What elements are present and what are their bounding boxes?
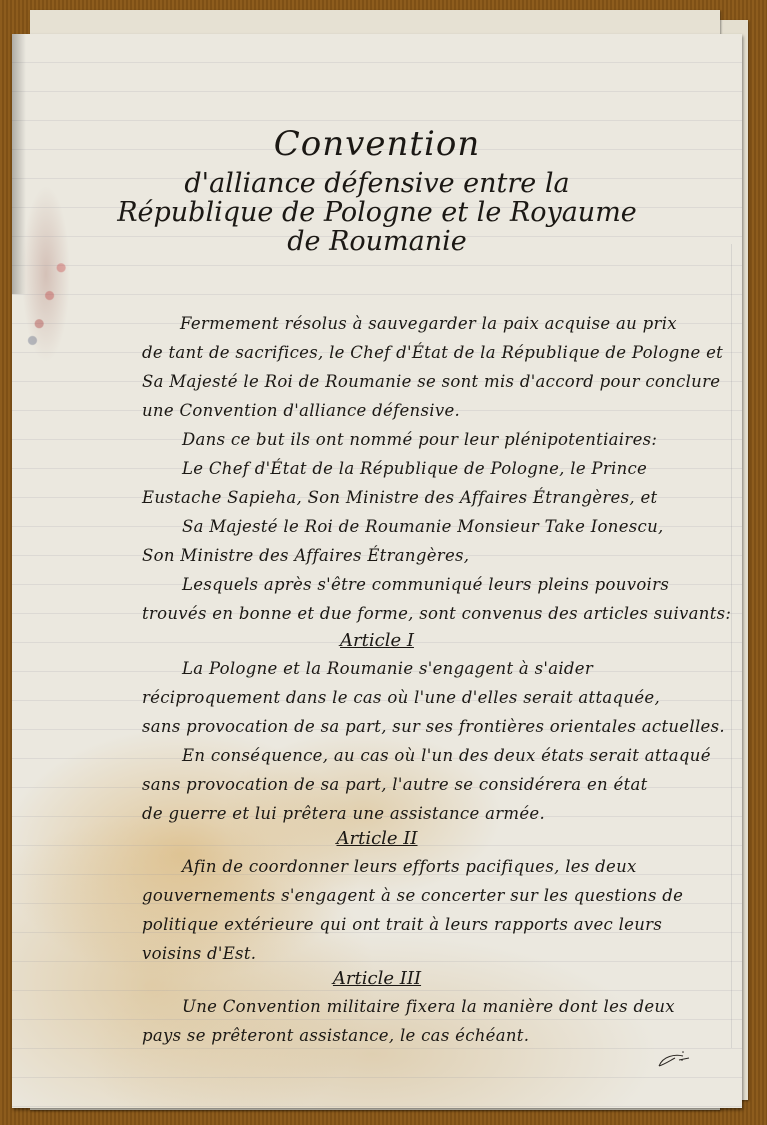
article-heading: Article I [12,630,742,651]
preamble-line: Lesquels après s'être communiqué leurs p… [182,575,669,594]
preamble-line: Son Ministre des Affaires Étrangères, [142,546,469,565]
preamble-line: trouvés en bonne et due forme, sont conv… [142,604,731,623]
preamble-line: Sa Majesté le Roi de Roumanie Monsieur T… [182,517,664,536]
preamble-line: une Convention d'alliance défensive. [142,401,460,420]
title-line-3: de Roumanie [12,226,742,257]
article-line: réciproquement dans le cas où l'une d'el… [142,688,660,707]
preamble-line: Fermement résolus à sauvegarder la paix … [180,314,677,333]
article-line: En conséquence, au cas où l'un des deux … [182,746,711,765]
title-line-2: République de Pologne et le Royaume [12,197,742,228]
preamble-line: de tant de sacrifices, le Chef d'État de… [142,343,723,362]
article-line: de guerre et lui prêtera une assistance … [142,804,545,823]
preamble-line: Eustache Sapieha, Son Ministre des Affai… [142,488,657,507]
preamble-line: Dans ce but ils ont nommé pour leur plén… [182,430,657,449]
article-line: sans provocation de sa part, l'autre se … [142,775,648,794]
document-title: Convention [12,124,742,164]
article-line: La Pologne et la Roumanie s'engagent à s… [182,659,593,678]
article-line: pays se prêteront assistance, le cas éch… [142,1026,529,1045]
title-line-1: d'alliance défensive entre la [12,168,742,199]
ink-smudge [20,241,80,363]
preamble-line: Sa Majesté le Roi de Roumanie se sont mi… [142,372,720,391]
article-line: Une Convention militaire fixera la maniè… [182,997,675,1016]
article-line: sans provocation de sa part, sur ses fro… [142,717,725,736]
article-heading: Article II [12,828,742,849]
document-page: Convention d'alliance défensive entre la… [12,34,742,1108]
article-line: gouvernements s'engagent à se concerter … [142,886,683,905]
article-line: voisins d'Est. [142,944,256,963]
preamble-line: Le Chef d'État de la République de Polog… [182,459,647,478]
article-line: politique extérieure qui ont trait à leu… [142,915,662,934]
paraph-initials-icon [657,1048,691,1068]
article-heading: Article III [12,968,742,989]
article-line: Afin de coordonner leurs efforts pacifiq… [182,857,637,876]
